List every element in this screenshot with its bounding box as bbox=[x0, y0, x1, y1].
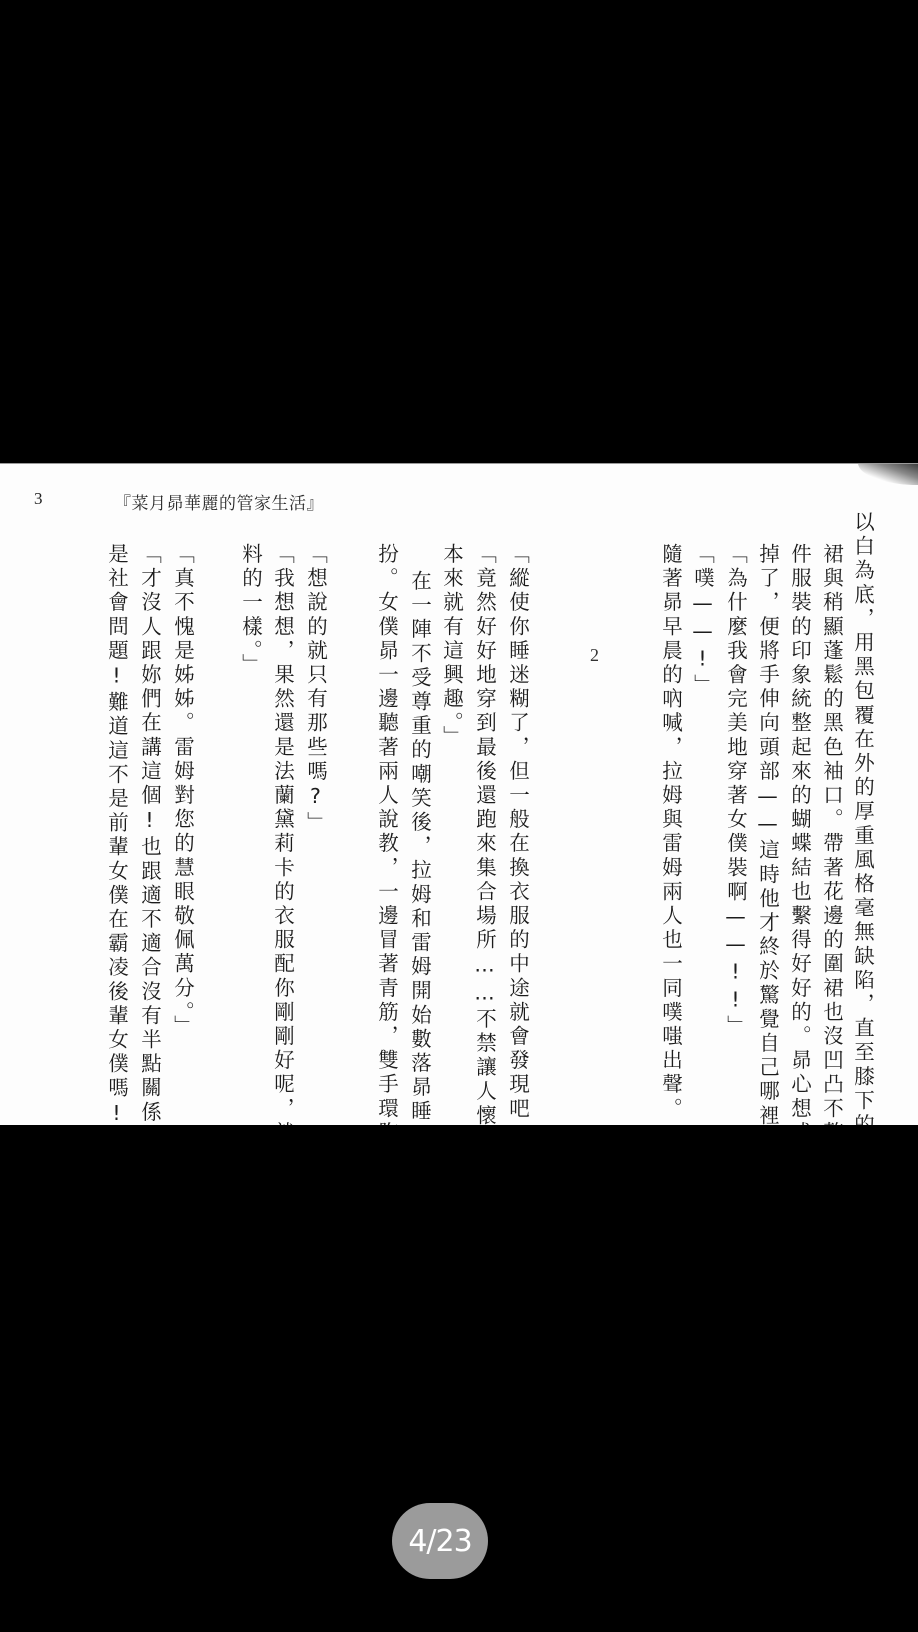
text-column: 「我想想，果然還是法蘭黛莉卡的衣服配你剛剛好呢，就跟拉姆預 bbox=[272, 543, 293, 1125]
text-column: 是社會問題!難道這不是前輩女僕在霸凌後輩女僕嗎!?」 bbox=[106, 543, 127, 1125]
text-column: 以白為底，用黑包覆在外的厚重風格毫無缺陷，直至膝下的含蓄長 bbox=[852, 511, 873, 1125]
book-page-scan[interactable]: 3 『菜月昴華麗的管家生活』 2 以白為底，用黑包覆在外的厚重風格毫無缺陷，直至… bbox=[0, 463, 918, 1125]
text-column: 「縱使你睡迷糊了，但一般在換衣服的中途就會發現吧?」 bbox=[507, 543, 528, 1125]
page-counter-label: 4/23 bbox=[408, 1524, 471, 1559]
text-column: 「竟然好好地穿到最後還跑來集合場所……不禁讓人懷疑你是不是 bbox=[474, 543, 495, 1125]
page-number: 3 bbox=[34, 489, 43, 509]
text-column: 料的一樣。」 bbox=[240, 543, 261, 677]
text-column: 在一陣不受尊重的嘲笑後，拉姆和雷姆開始數落昴睡迷糊所致的打 bbox=[409, 570, 430, 1125]
text-column: 隨著昴早晨的吶喊，拉姆與雷姆兩人也一同噗嗤出聲。 bbox=[660, 543, 681, 1121]
page-counter: 4/23 bbox=[392, 1503, 488, 1579]
text-column: 扮。女僕昴一邊聽著兩人說教，一邊冒著青筋，雙手環胸。 bbox=[376, 543, 397, 1125]
text-column: 件服裝的印象統整起來的蝴蝶結也繫得好好的。昴心想或許是髮飾歪 bbox=[789, 543, 810, 1125]
text-column: 裙與稍顯蓬鬆的黑色袖口。帶著花邊的圍裙也沒凹凸不整，背後將整 bbox=[821, 543, 842, 1125]
text-column: 「才沒人跟妳們在講這個!也跟適不適合沒有半點關係!這儼然已 bbox=[139, 543, 160, 1125]
text-column: 「想說的就只有那些嗎?」 bbox=[305, 543, 326, 836]
text-column: 「噗——!」 bbox=[692, 543, 713, 698]
text-column: 掉了，便將手伸向頭部——這時他才終於驚覺自己哪裡不得體。 bbox=[757, 543, 778, 1125]
text-column: 「為什麼我會完美地穿著女僕裝啊——!!」 bbox=[725, 543, 746, 1039]
book-title: 『菜月昴華麗的管家生活』 bbox=[114, 489, 324, 514]
image-viewer[interactable]: 3 『菜月昴華麗的管家生活』 2 以白為底，用黑包覆在外的厚重風格毫無缺陷，直至… bbox=[0, 0, 918, 1632]
text-column: 「真不愧是姊姊。雷姆對您的慧眼敬佩萬分。」 bbox=[172, 543, 193, 1039]
text-column: 本來就有這興趣。」 bbox=[441, 543, 462, 750]
section-number: 2 bbox=[590, 645, 599, 666]
running-head: 3 『菜月昴華麗的管家生活』 bbox=[0, 489, 420, 519]
